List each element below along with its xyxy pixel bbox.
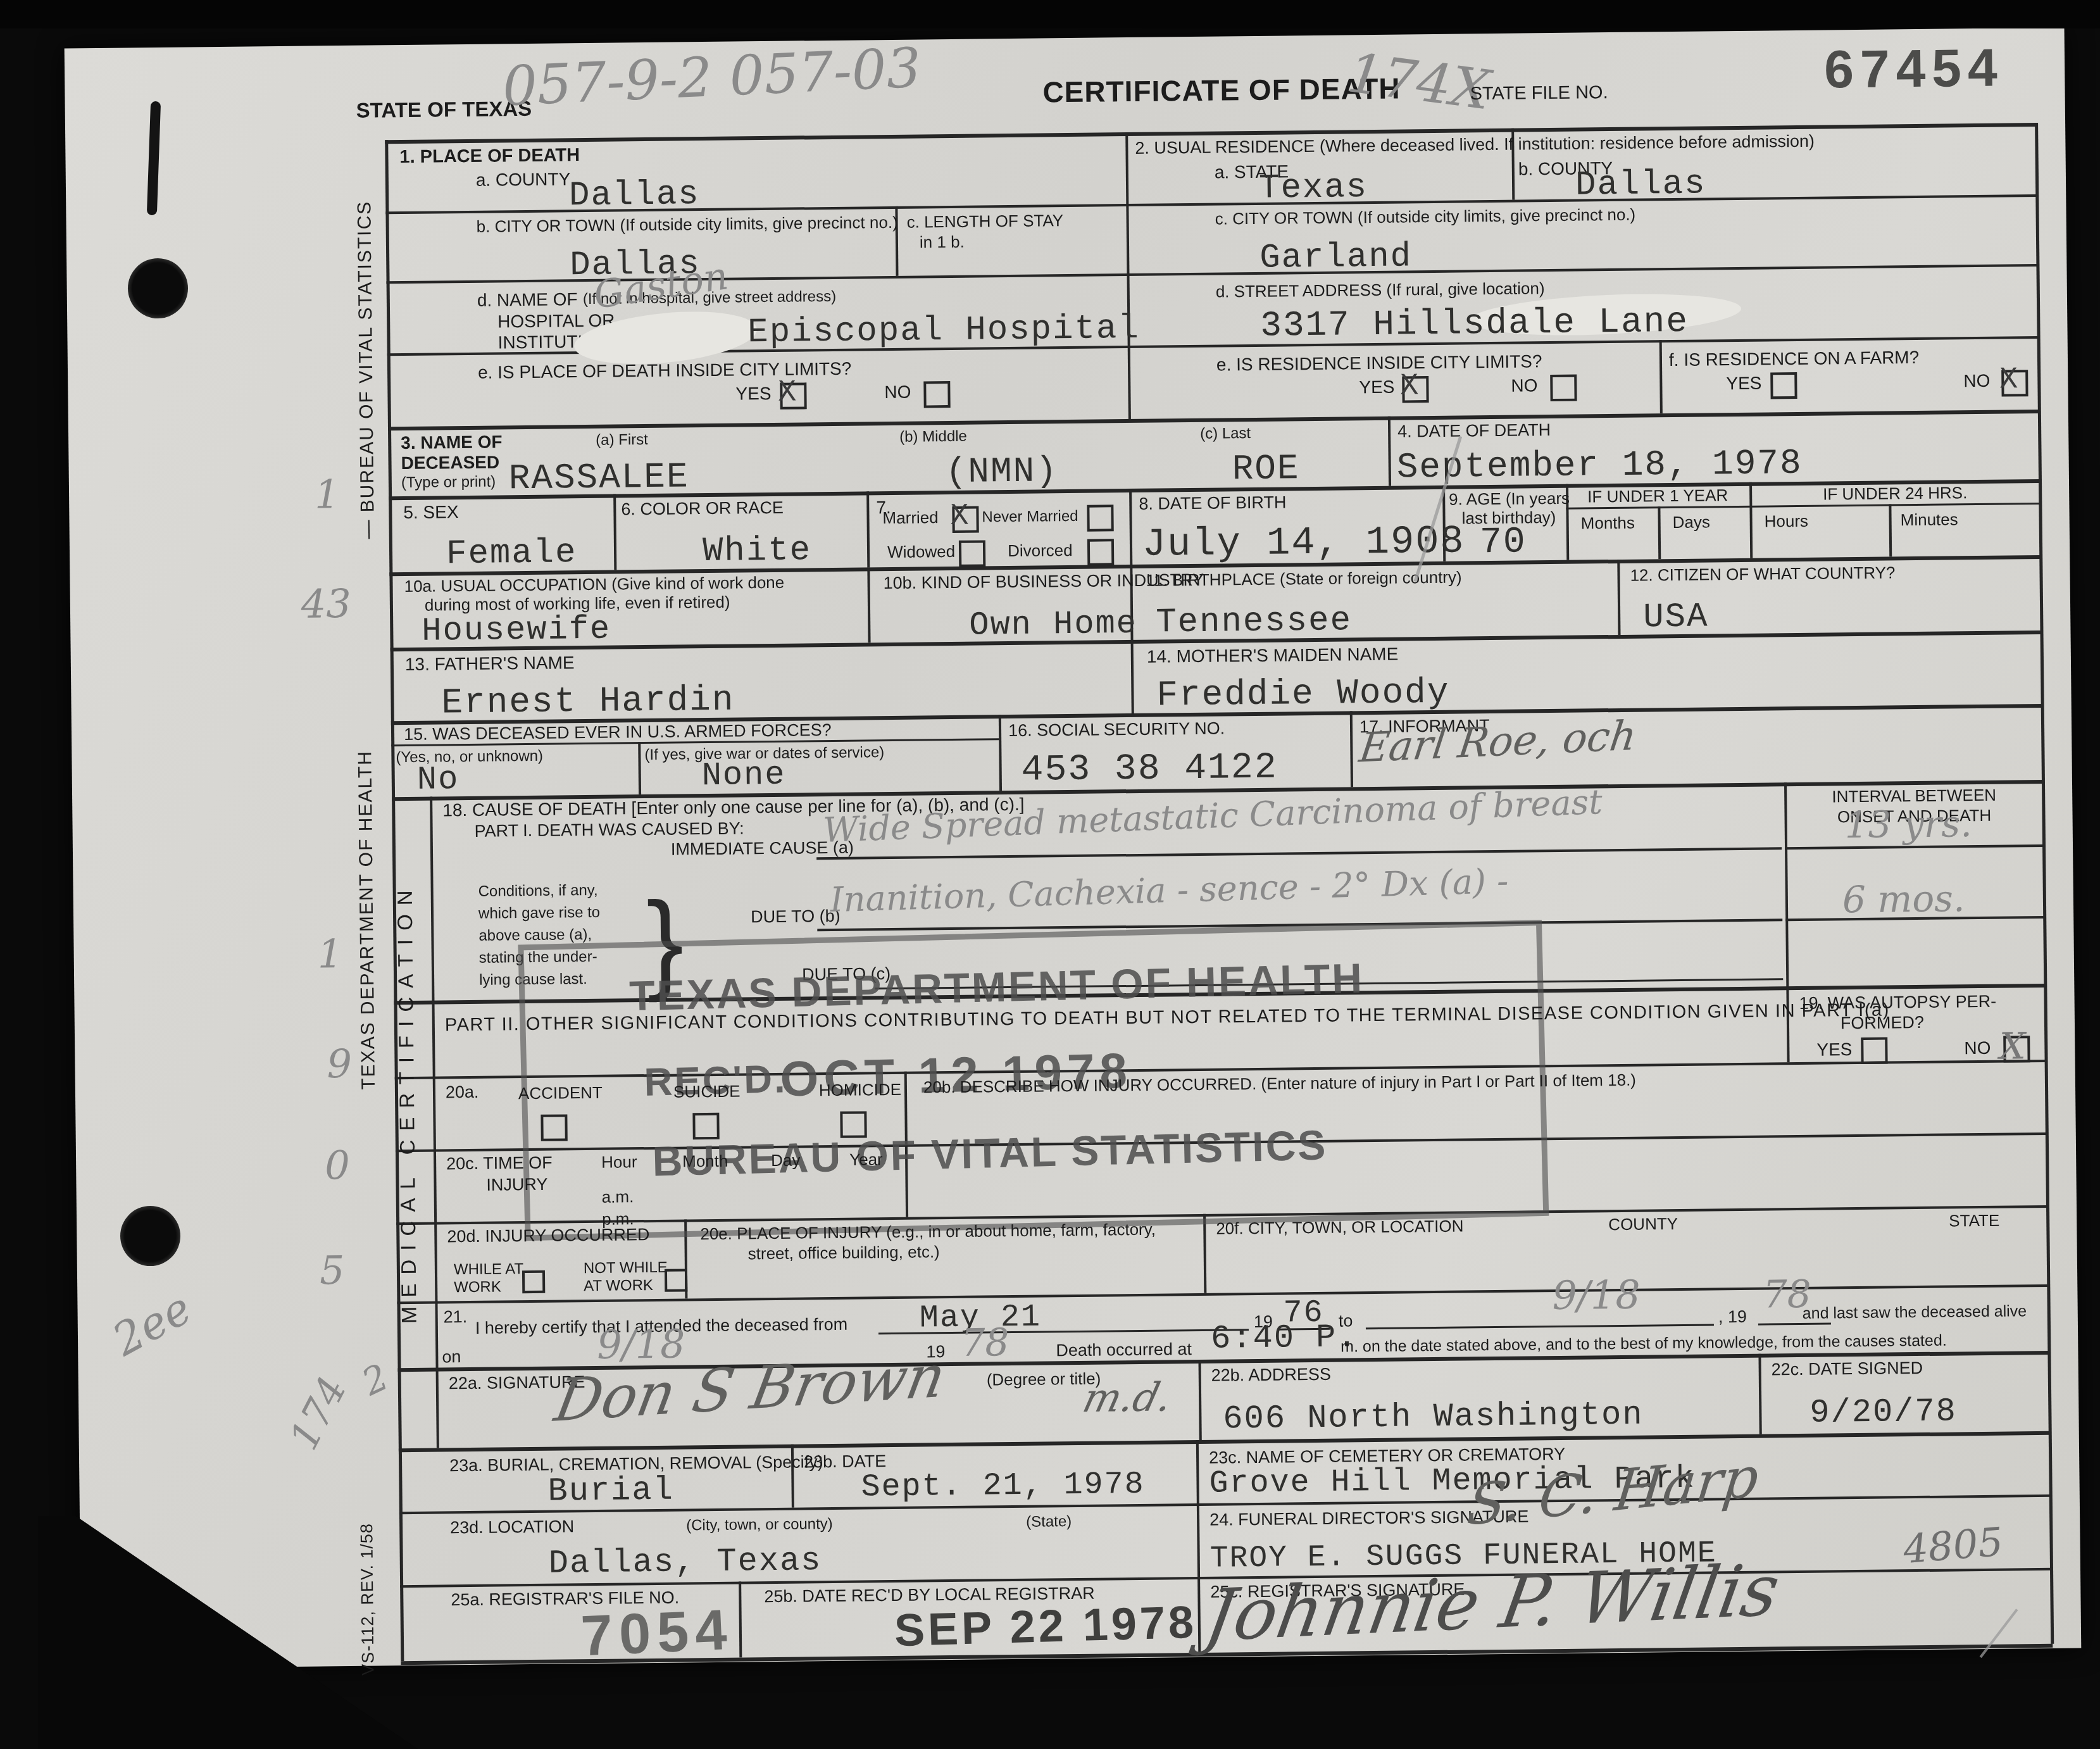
res-limits-yes-checkbox bbox=[1402, 376, 1428, 403]
suicide-checkbox bbox=[692, 1113, 719, 1139]
address-value: 606 North Washington bbox=[1223, 1396, 1644, 1438]
mother-label: 14. MOTHER'S MAIDEN NAME bbox=[1147, 644, 1399, 667]
due-to-b-label: DUE TO (b) bbox=[751, 906, 841, 927]
pod-county-label: a. COUNTY bbox=[476, 168, 571, 191]
res-farm-label: f. IS RESIDENCE ON A FARM? bbox=[1669, 347, 1920, 370]
interval-b-value: 6 mos. bbox=[1842, 877, 1965, 921]
divider bbox=[613, 494, 616, 570]
sex-label: 5. SEX bbox=[403, 501, 459, 523]
res-farm-yes-checkbox bbox=[1770, 372, 1797, 399]
not-while-l2: AT WORK bbox=[584, 1277, 653, 1295]
part1-label: PART I. DEATH WAS CAUSED BY: bbox=[475, 818, 744, 841]
interval-a-value: 13 yrs. bbox=[1844, 802, 1972, 846]
margin-digit-1: 1 bbox=[317, 931, 342, 977]
name-label-l3: (Type or print) bbox=[401, 473, 496, 492]
res-city-value: Garland bbox=[1259, 237, 1412, 278]
divider bbox=[1889, 504, 1892, 556]
dept-vertical-caption: TEXAS DEPARTMENT OF HEALTH bbox=[354, 701, 379, 1090]
medical-certification-caption: MEDICAL CERTIFICATION bbox=[392, 824, 422, 1324]
citizen-label: 12. CITIZEN OF WHAT COUNTRY? bbox=[1630, 563, 1895, 585]
not-while-checkbox bbox=[665, 1269, 687, 1291]
homicide-label: HOMICIDE bbox=[819, 1080, 901, 1100]
injury-state-label: STATE bbox=[1949, 1211, 1999, 1231]
divider bbox=[867, 567, 870, 643]
pencil-file-numbers: 057-9-2 057-03 bbox=[501, 36, 923, 118]
divider bbox=[1197, 1577, 1201, 1653]
certificate-paper: STATE OF TEXAS 057-9-2 057-03 CERTIFICAT… bbox=[65, 28, 2082, 1669]
cert-to-date: 9/18 bbox=[1552, 1272, 1641, 1319]
minutes-label: Minutes bbox=[1900, 510, 1958, 530]
divider bbox=[638, 742, 641, 794]
last-name-value: ROE bbox=[1232, 448, 1299, 489]
time-of-injury-l2: INJURY bbox=[486, 1175, 547, 1196]
place-of-injury-l2: street, office building, etc.) bbox=[748, 1242, 940, 1263]
bureau-vertical-caption: — BUREAU OF VITAL STATISTICS bbox=[354, 175, 379, 539]
divider bbox=[739, 1582, 742, 1658]
name-label-l2: DECEASED bbox=[401, 451, 499, 473]
cert-blank3 bbox=[1366, 1324, 1714, 1329]
medical-rail bbox=[430, 797, 439, 1448]
divider bbox=[1350, 711, 1353, 787]
citizen-value: USA bbox=[1643, 598, 1709, 637]
pencil-cert-number: 174X bbox=[1344, 41, 1494, 122]
right-border bbox=[2035, 123, 2054, 1644]
divider bbox=[1758, 1354, 1761, 1434]
divider bbox=[1617, 560, 1620, 635]
widowed-label: Widowed bbox=[887, 542, 955, 562]
time-of-injury-l1: 20c. TIME OF bbox=[446, 1153, 553, 1175]
res-limits-label: e. IS RESIDENCE INSIDE CITY LIMITS? bbox=[1216, 351, 1542, 375]
res-farm-no-checkbox bbox=[2001, 370, 2028, 396]
hospital-name-label: d. NAME OF bbox=[477, 289, 578, 311]
res-farm-yes-label: YES bbox=[1726, 373, 1761, 394]
conditions-l2: which gave rise to bbox=[478, 904, 600, 923]
divider bbox=[1658, 506, 1661, 559]
street-address-label: d. STREET ADDRESS (If rural, give locati… bbox=[1216, 279, 1545, 301]
business-value: Own Home bbox=[969, 605, 1137, 644]
sex-value: Female bbox=[446, 534, 577, 574]
autopsy-label-l2: FORMED? bbox=[1841, 1013, 1924, 1034]
cert-text-2: and last saw the deceased alive bbox=[1803, 1302, 2027, 1323]
length-of-stay-sub: in 1 b. bbox=[920, 232, 965, 252]
margin-note-2: 2 bbox=[355, 1355, 395, 1404]
father-label: 13. FATHER'S NAME bbox=[405, 652, 575, 675]
if-under-24-hrs-label: IF UNDER 24 HRS. bbox=[1749, 482, 2041, 505]
dob-value: July 14, 1908 bbox=[1142, 518, 1465, 567]
pod-county-value: Dallas bbox=[569, 175, 700, 215]
married-label: Married bbox=[882, 508, 938, 528]
margin-note-1: 1 bbox=[315, 471, 340, 517]
middle-name-label: (b) Middle bbox=[899, 428, 967, 446]
age-label-l1: 9. AGE (In years bbox=[1449, 489, 1570, 510]
divorced-label: Divorced bbox=[1008, 541, 1073, 561]
date-signed-value: 9/20/78 bbox=[1809, 1393, 1957, 1431]
location-value: Dallas, Texas bbox=[548, 1542, 822, 1583]
autopsy-no-checkbox bbox=[2003, 1036, 2030, 1062]
pod-limits-no-checkbox bbox=[923, 381, 950, 408]
margin-note-174: 174 bbox=[280, 1369, 356, 1457]
injury-county-label: COUNTY bbox=[1608, 1214, 1678, 1234]
accident-label: ACCIDENT bbox=[518, 1083, 603, 1103]
race-label: 6. COLOR OR RACE bbox=[621, 498, 784, 520]
while-at-work-checkbox bbox=[522, 1270, 545, 1293]
date-of-death-label: 4. DATE OF DEATH bbox=[1397, 420, 1551, 442]
cert-time-value: 6:40 P. bbox=[1211, 1319, 1358, 1357]
mother-value: Freddie Woody bbox=[1156, 672, 1450, 716]
autopsy-no-label: NO bbox=[1964, 1037, 1991, 1058]
form-code-caption: VS-112, REV. 1/58 bbox=[356, 1467, 378, 1676]
suicide-label: SUICIDE bbox=[673, 1082, 741, 1102]
stamp-line2: BUREAU OF VITAL STATISTICS bbox=[652, 1120, 1328, 1185]
last-name-label: (c) Last bbox=[1200, 425, 1251, 443]
pod-limits-yes-checkbox bbox=[780, 382, 806, 409]
never-married-label: Never Married bbox=[982, 508, 1078, 527]
month-label: Month bbox=[682, 1151, 728, 1171]
margin-digit-9: 9 bbox=[327, 1041, 352, 1087]
divider bbox=[1196, 1440, 1200, 1577]
location-label: 23d. LOCATION bbox=[450, 1517, 574, 1538]
race-value: White bbox=[703, 531, 812, 571]
months-label: Months bbox=[1581, 513, 1635, 534]
divider bbox=[1131, 640, 1134, 713]
cert-19-b: , 19 bbox=[1718, 1307, 1747, 1327]
residence-title: 2. USUAL RESIDENCE (Where deceased lived… bbox=[1135, 132, 1815, 159]
cause-b-value: Inanition, Cachexia - sence - 2° Dx (a) … bbox=[830, 861, 1509, 920]
res-limits-yes-label: YES bbox=[1359, 377, 1394, 398]
ssn-value: 453 38 4122 bbox=[1021, 748, 1278, 791]
length-of-stay-label: c. LENGTH OF STAY bbox=[906, 211, 1063, 232]
days-label: Days bbox=[1673, 512, 1711, 532]
date-signed-label: 22c. DATE SIGNED bbox=[1772, 1358, 1923, 1380]
margin-digit-0: 0 bbox=[325, 1142, 350, 1188]
res-county-value: Dallas bbox=[1575, 165, 1706, 204]
res-limits-no-checkbox bbox=[1550, 375, 1577, 401]
degree-value: m.d. bbox=[1078, 1374, 1177, 1421]
hole-punch-top bbox=[128, 258, 188, 318]
dob-label: 8. DATE OF BIRTH bbox=[1139, 492, 1286, 514]
if-under-1-year-label: IF UNDER 1 YEAR bbox=[1566, 486, 1749, 507]
street-address-value: 3317 Hillsdale Lane bbox=[1260, 301, 1689, 346]
funeral-home-number: 4805 bbox=[1901, 1519, 2004, 1572]
hour-label: Hour bbox=[601, 1152, 637, 1172]
divorced-checkbox bbox=[1087, 539, 1114, 565]
never-married-checkbox bbox=[1087, 505, 1113, 531]
burial-value: Burial bbox=[547, 1472, 674, 1510]
divider bbox=[1129, 489, 1132, 565]
res-farm-no-label: NO bbox=[1963, 370, 1990, 391]
age-value: 70 bbox=[1480, 522, 1527, 563]
divider bbox=[866, 491, 870, 567]
occupation-value: Housewife bbox=[422, 611, 611, 650]
scan-edge-top bbox=[0, 0, 2100, 28]
am-label: a.m. bbox=[602, 1187, 634, 1207]
day-label: Day bbox=[771, 1151, 801, 1170]
pod-limits-yes-label: YES bbox=[735, 383, 771, 404]
hospital-value: Episcopal Hospital bbox=[747, 310, 1140, 352]
conditions-l1: Conditions, if any, bbox=[478, 882, 598, 901]
degree-label: (Degree or title) bbox=[987, 1369, 1101, 1390]
scanned-death-certificate: STATE OF TEXAS 057-9-2 057-03 CERTIFICAT… bbox=[0, 0, 2100, 1749]
conditions-l3: above cause (a), bbox=[478, 926, 592, 945]
father-value: Ernest Hardin bbox=[441, 680, 735, 724]
ssn-label: 16. SOCIAL SECURITY NO. bbox=[1008, 718, 1225, 741]
divider bbox=[1198, 1360, 1201, 1440]
first-name-label: (a) First bbox=[596, 431, 648, 449]
margin-digit-5: 5 bbox=[320, 1247, 345, 1293]
location-sub2: (State) bbox=[1026, 1513, 1072, 1531]
location-sub1: (City, town, or county) bbox=[686, 1515, 833, 1535]
autopsy-label-l1: 19. WAS AUTOPSY PER- bbox=[1799, 992, 1996, 1014]
while-at-work-l1: WHILE AT bbox=[454, 1260, 524, 1279]
res-city-label: c. CITY OR TOWN (If outside city limits,… bbox=[1215, 205, 1635, 229]
divider bbox=[1388, 417, 1391, 486]
pod-city-label: b. CITY OR TOWN (If outside city limits,… bbox=[477, 213, 898, 237]
armed-forces-value2: None bbox=[701, 756, 785, 794]
cert-death-at-label: Death occurred at bbox=[1056, 1339, 1192, 1361]
armed-forces-value1: No bbox=[417, 761, 459, 799]
married-checkbox bbox=[952, 506, 978, 533]
place-of-death-title: 1. PLACE OF DEATH bbox=[399, 144, 580, 168]
accident-checkbox bbox=[541, 1114, 567, 1141]
autopsy-yes-label: YES bbox=[1816, 1039, 1852, 1060]
registrar-file-number: 7054 bbox=[580, 1598, 735, 1670]
widowed-checkbox bbox=[959, 540, 985, 567]
place-of-injury-l1: 20e. PLACE OF INJURY (e.g., in or about … bbox=[700, 1220, 1156, 1244]
divider bbox=[1659, 340, 1663, 413]
pod-limits-no-label: NO bbox=[884, 382, 911, 403]
first-name-value: RASSALEE bbox=[509, 456, 689, 499]
hole-punch-bottom bbox=[120, 1206, 180, 1266]
cert-on-label: on bbox=[442, 1347, 461, 1367]
state-file-no-label: STATE FILE NO. bbox=[1470, 82, 1608, 105]
margin-note-2ee: 2ee bbox=[104, 1282, 200, 1366]
res-state-value: Texas bbox=[1259, 168, 1368, 208]
margin-note-43: 43 bbox=[301, 580, 352, 627]
burial-date-value: Sept. 21, 1978 bbox=[861, 1467, 1145, 1506]
not-while-l1: NOT WHILE bbox=[584, 1259, 668, 1278]
autopsy-yes-checkbox bbox=[1861, 1037, 1887, 1064]
divider bbox=[1203, 1214, 1206, 1293]
injury-location-label: 20f. CITY, TOWN, OR LOCATION bbox=[1216, 1217, 1463, 1239]
middle-name-value: (NMN) bbox=[945, 451, 1058, 492]
address-label: 22b. ADDRESS bbox=[1211, 1365, 1331, 1386]
name-label-l1: 3. NAME OF bbox=[401, 431, 503, 453]
year-label: Year bbox=[849, 1150, 883, 1169]
state-file-number-stamp: 67454 bbox=[1824, 37, 2004, 101]
pencil-tick-mark bbox=[1980, 1608, 2018, 1658]
while-at-work-l2: WORK bbox=[454, 1278, 501, 1296]
cert-on-year: 78 bbox=[961, 1320, 1009, 1365]
homicide-checkbox bbox=[840, 1111, 866, 1138]
injury-occurred-label: 20d. INJURY OCCURRED bbox=[447, 1225, 649, 1247]
divider bbox=[999, 715, 1002, 791]
registrar-date-stamp: SEP 22 1978 bbox=[894, 1596, 1197, 1657]
injury-20a-label: 20a. bbox=[446, 1082, 479, 1103]
res-limits-no-label: NO bbox=[1511, 375, 1537, 396]
hours-label: Hours bbox=[1764, 511, 1808, 531]
cause-a-underline bbox=[816, 847, 1782, 860]
cert-number: 21. bbox=[444, 1307, 468, 1327]
birthplace-value: Tennessee bbox=[1156, 601, 1352, 642]
